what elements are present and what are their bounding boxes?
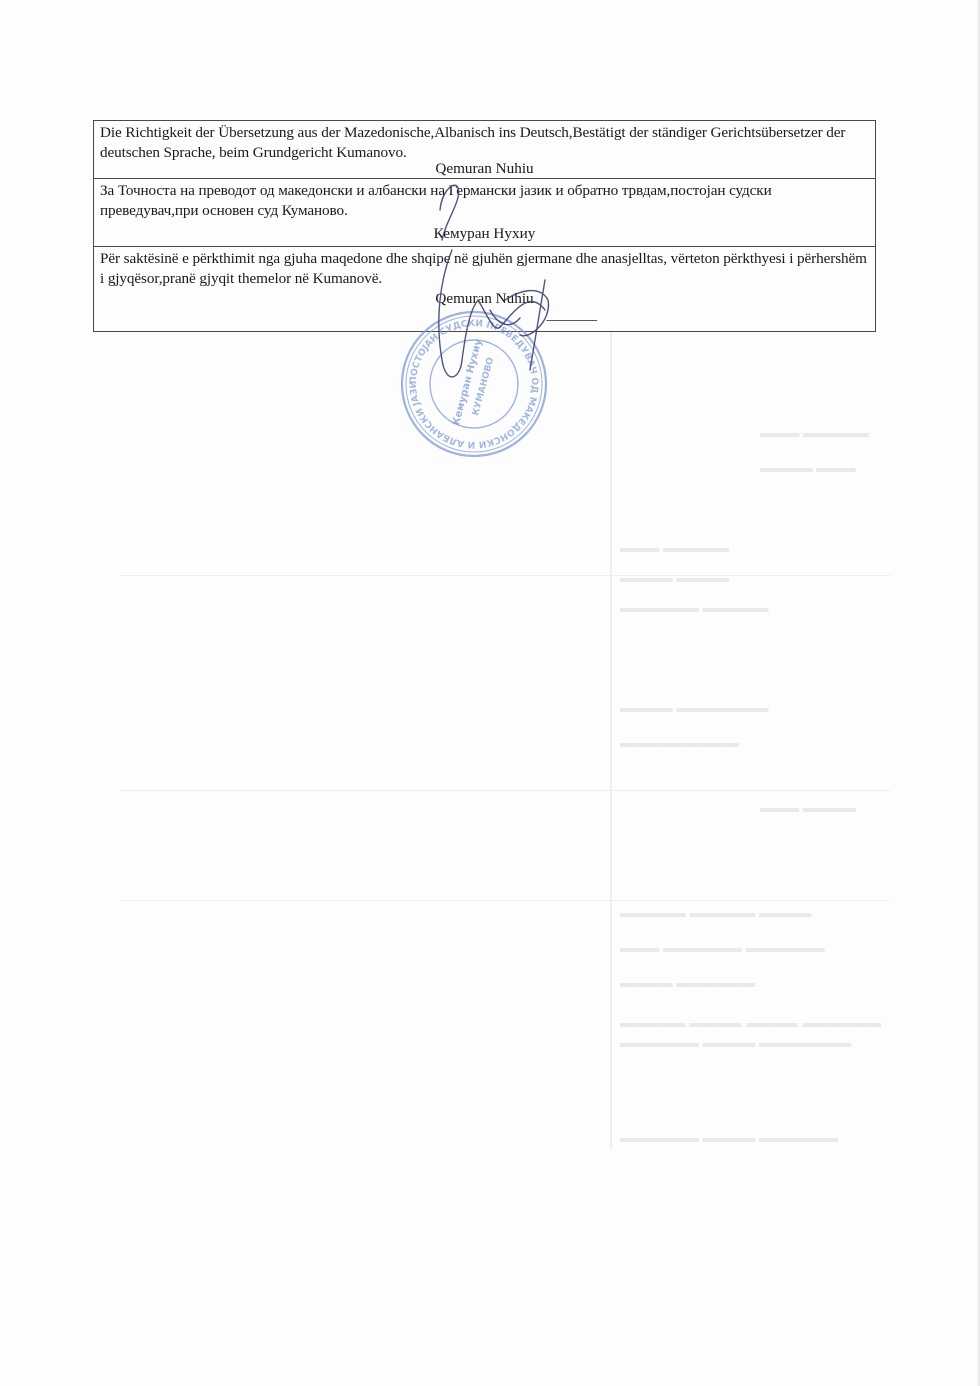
handwritten-signature-icon bbox=[380, 160, 580, 400]
certification-text: Die Richtigkeit der Übersetzung aus der … bbox=[100, 123, 871, 162]
